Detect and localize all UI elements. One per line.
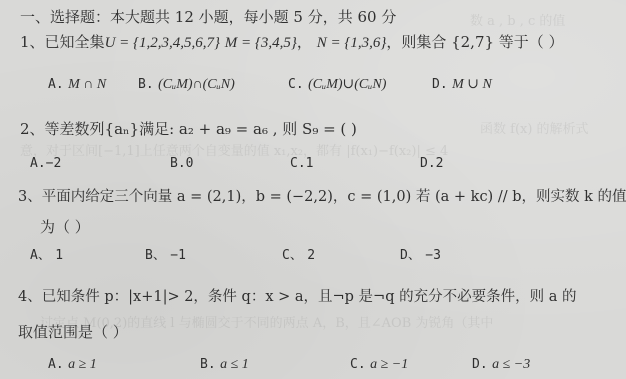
show-through-text: 数 a , b , c 的值	[470, 10, 565, 29]
math-set-N: N = {1,3,6}	[317, 35, 387, 51]
q2-option-c[interactable]: C.1	[290, 155, 313, 171]
stem-text: 平面内给定三个向量 a = (2,1)，b = (−2,2)，c = (1,0)…	[42, 189, 626, 205]
option-label: B.	[170, 156, 186, 171]
option-label: A.	[48, 77, 64, 92]
question-4-stem: 4、已知条件 p：|x+1|> 2，条件 q：x > a，且¬p 是¬q 的充分…	[18, 288, 576, 306]
math-set-U: U = {1,2,3,4,5,6,7}	[105, 35, 220, 51]
option-text: a ≥ −1	[370, 357, 408, 372]
option-text: 1	[306, 156, 314, 171]
show-through-text: 函数 f(x) 的解析式	[480, 118, 589, 137]
option-label: D.	[420, 156, 436, 171]
q4-option-b[interactable]: B. a ≤ 1	[200, 356, 249, 373]
option-text: a ≤ 1	[220, 357, 249, 372]
option-text: M ∪ N	[452, 77, 492, 92]
option-text: −2	[46, 156, 62, 171]
option-text: −3	[425, 248, 441, 263]
question-3-stem-cont: 为（ ）	[40, 218, 90, 236]
option-label: A.	[30, 156, 46, 171]
q2-option-b[interactable]: B.0	[170, 155, 193, 171]
q3-option-c[interactable]: C、 2	[282, 244, 315, 263]
q1-option-b[interactable]: B. (CᵤM)∩(CᵤN)	[138, 76, 235, 93]
option-text: 0	[186, 156, 194, 171]
option-text: M ∩ N	[68, 77, 106, 92]
q2-option-a[interactable]: A.−2	[30, 155, 61, 171]
q3-option-b[interactable]: B、 −1	[145, 244, 186, 263]
question-number: 1、	[20, 33, 45, 51]
q1-option-a[interactable]: A. M ∩ N	[48, 76, 106, 93]
option-label: B.	[200, 357, 216, 372]
option-text: a ≤ −3	[492, 357, 530, 372]
option-label: B.	[138, 77, 154, 92]
stem-text: 已知全集	[45, 33, 105, 51]
stem-suffix: ，则集合 {2,7} 等于（ ）	[386, 33, 563, 51]
option-label: C.	[350, 357, 366, 372]
q3-option-a[interactable]: A、 1	[30, 244, 63, 263]
q1-option-c[interactable]: C. (CᵤM)∪(CᵤN)	[288, 76, 386, 93]
q4-option-a[interactable]: A. a ≥ 1	[48, 356, 97, 373]
q1-option-d[interactable]: D. M ∪ N	[432, 76, 492, 93]
stem-text: 已知条件 p：|x+1|> 2，条件 q：x > a，且¬p 是¬q 的充分不必…	[42, 289, 577, 305]
option-text: 1	[55, 248, 63, 263]
stem-text: 等差数列{aₙ}满足: a₂ + a₉ = a₆ , 则 S₉ = ( )	[45, 120, 357, 138]
question-3-stem: 3、平面内给定三个向量 a = (2,1)，b = (−2,2)，c = (1,…	[18, 188, 626, 206]
q3-option-d[interactable]: D、 −3	[400, 244, 441, 263]
option-label: C、	[282, 248, 303, 263]
question-2-stem: 2、等差数列{aₙ}满足: a₂ + a₉ = a₆ , 则 S₉ = ( )	[20, 120, 357, 138]
show-through-text: 意，对于区间[−1,1]上任意两个自变量的值 x₁,x₂，都有 |f(x₁)−f…	[20, 140, 448, 159]
option-text: a ≥ 1	[68, 357, 97, 372]
q4-option-d[interactable]: D. a ≤ −3	[472, 356, 530, 373]
q2-option-d[interactable]: D.2	[420, 155, 443, 171]
option-label: B、	[145, 248, 166, 263]
option-label: D.	[432, 77, 448, 92]
option-label: C.	[290, 156, 306, 171]
question-4-stem-cont: 取值范围是（ ）	[18, 323, 128, 341]
option-label: A.	[48, 357, 64, 372]
option-text: (CᵤM)∩(CᵤN)	[158, 77, 235, 92]
section-header: 一、选择题：本大题共 12 小题，每小题 5 分，共 60 分	[20, 8, 396, 26]
question-number: 4、	[18, 289, 42, 305]
option-text: (CᵤM)∪(CᵤN)	[308, 77, 386, 92]
option-text: 2	[436, 156, 444, 171]
question-1-stem: 1、已知全集U = {1,2,3,4,5,6,7} M = {3,4,5}， N…	[20, 33, 564, 52]
option-text: 2	[307, 248, 315, 263]
option-label: C.	[288, 77, 304, 92]
q4-option-c[interactable]: C. a ≥ −1	[350, 356, 408, 373]
option-label: A、	[30, 248, 51, 263]
question-number: 2、	[20, 120, 45, 138]
option-label: D、	[400, 248, 421, 263]
option-text: −1	[170, 248, 186, 263]
option-label: D.	[472, 357, 488, 372]
math-set-M: M = {3,4,5}	[225, 35, 297, 51]
question-number: 3、	[18, 189, 42, 205]
